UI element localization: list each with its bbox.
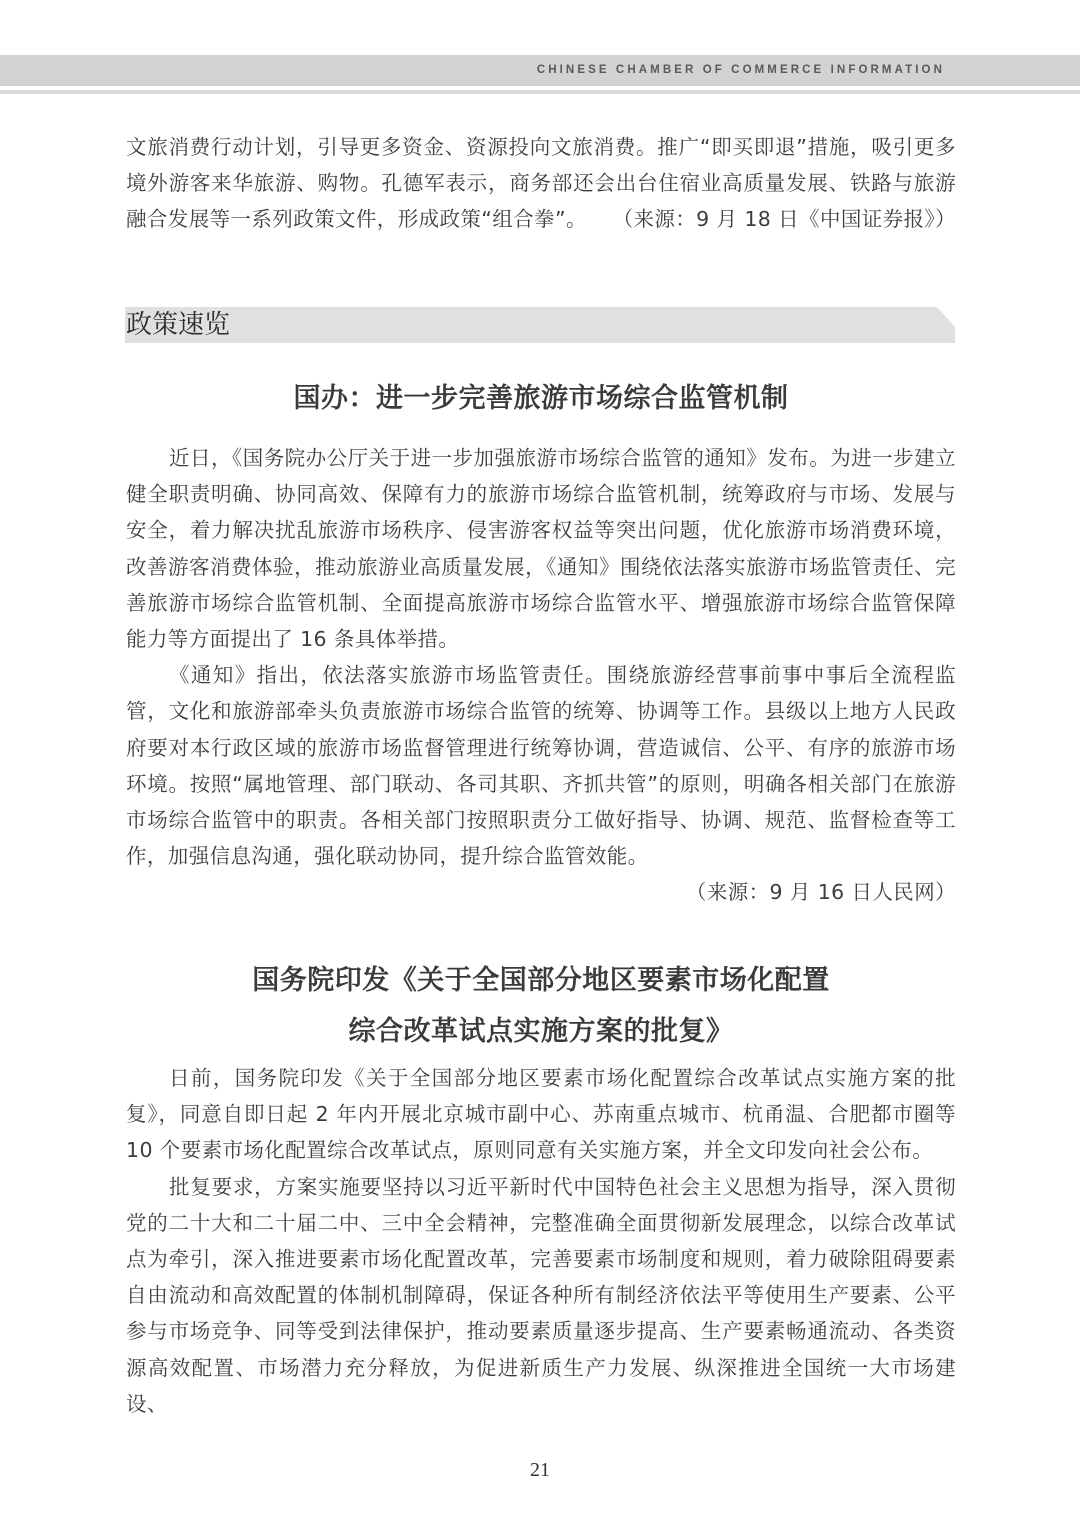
article-1-paragraph-1: 近日，《国务院办公厅关于进一步加强旅游市场综合监管的通知》发布。为进一步建立健全…	[126, 440, 956, 657]
article-2-title-line-2: 综合改革试点实施方案的批复》	[126, 1007, 956, 1057]
header-divider	[0, 90, 1080, 94]
article-2-paragraph-2: 批复要求，方案实施要坚持以习近平新时代中国特色社会主义思想为指导，深入贯彻党的二…	[126, 1169, 956, 1422]
article-1-paragraph-2: 《通知》指出，依法落实旅游市场监管责任。围绕旅游经营事前事中事后全流程监管，文化…	[126, 657, 956, 874]
article-1-paragraph-2-text: 《通知》指出，依法落实旅游市场监管责任。围绕旅游经营事前事中事后全流程监管，文化…	[126, 663, 956, 868]
article-2-body: 日前，国务院印发《关于全国部分地区要素市场化配置综合改革试点实施方案的批复》，同…	[126, 1060, 956, 1422]
intro-paragraph: 文旅消费行动计划，引导更多资金、资源投向文旅消费。推广“即买即退”措施，吸引更多…	[126, 129, 956, 238]
section-banner: 政策速览	[125, 307, 955, 343]
running-header-bar: CHINESE CHAMBER OF COMMERCE INFORMATION	[0, 55, 1080, 86]
section-title: 政策速览	[126, 307, 230, 343]
intro-continuation: 文旅消费行动计划，引导更多资金、资源投向文旅消费。推广“即买即退”措施，吸引更多…	[126, 129, 956, 238]
article-1-body: 近日，《国务院办公厅关于进一步加强旅游市场综合监管的通知》发布。为进一步建立健全…	[126, 440, 956, 911]
article-1-title: 国办：进一步完善旅游市场综合监管机制	[126, 374, 956, 424]
intro-source: （来源：9 月 18 日《中国证券报》）	[613, 201, 956, 237]
running-header-title: CHINESE CHAMBER OF COMMERCE INFORMATION	[537, 64, 945, 76]
article-2-paragraph-1: 日前，国务院印发《关于全国部分地区要素市场化配置综合改革试点实施方案的批复》，同…	[126, 1060, 956, 1169]
article-2-title-line-1: 国务院印发《关于全国部分地区要素市场化配置	[126, 956, 956, 1006]
article-1-source: （来源：9 月 16 日人民网）	[643, 874, 956, 910]
page-number: 21	[0, 1459, 1080, 1482]
